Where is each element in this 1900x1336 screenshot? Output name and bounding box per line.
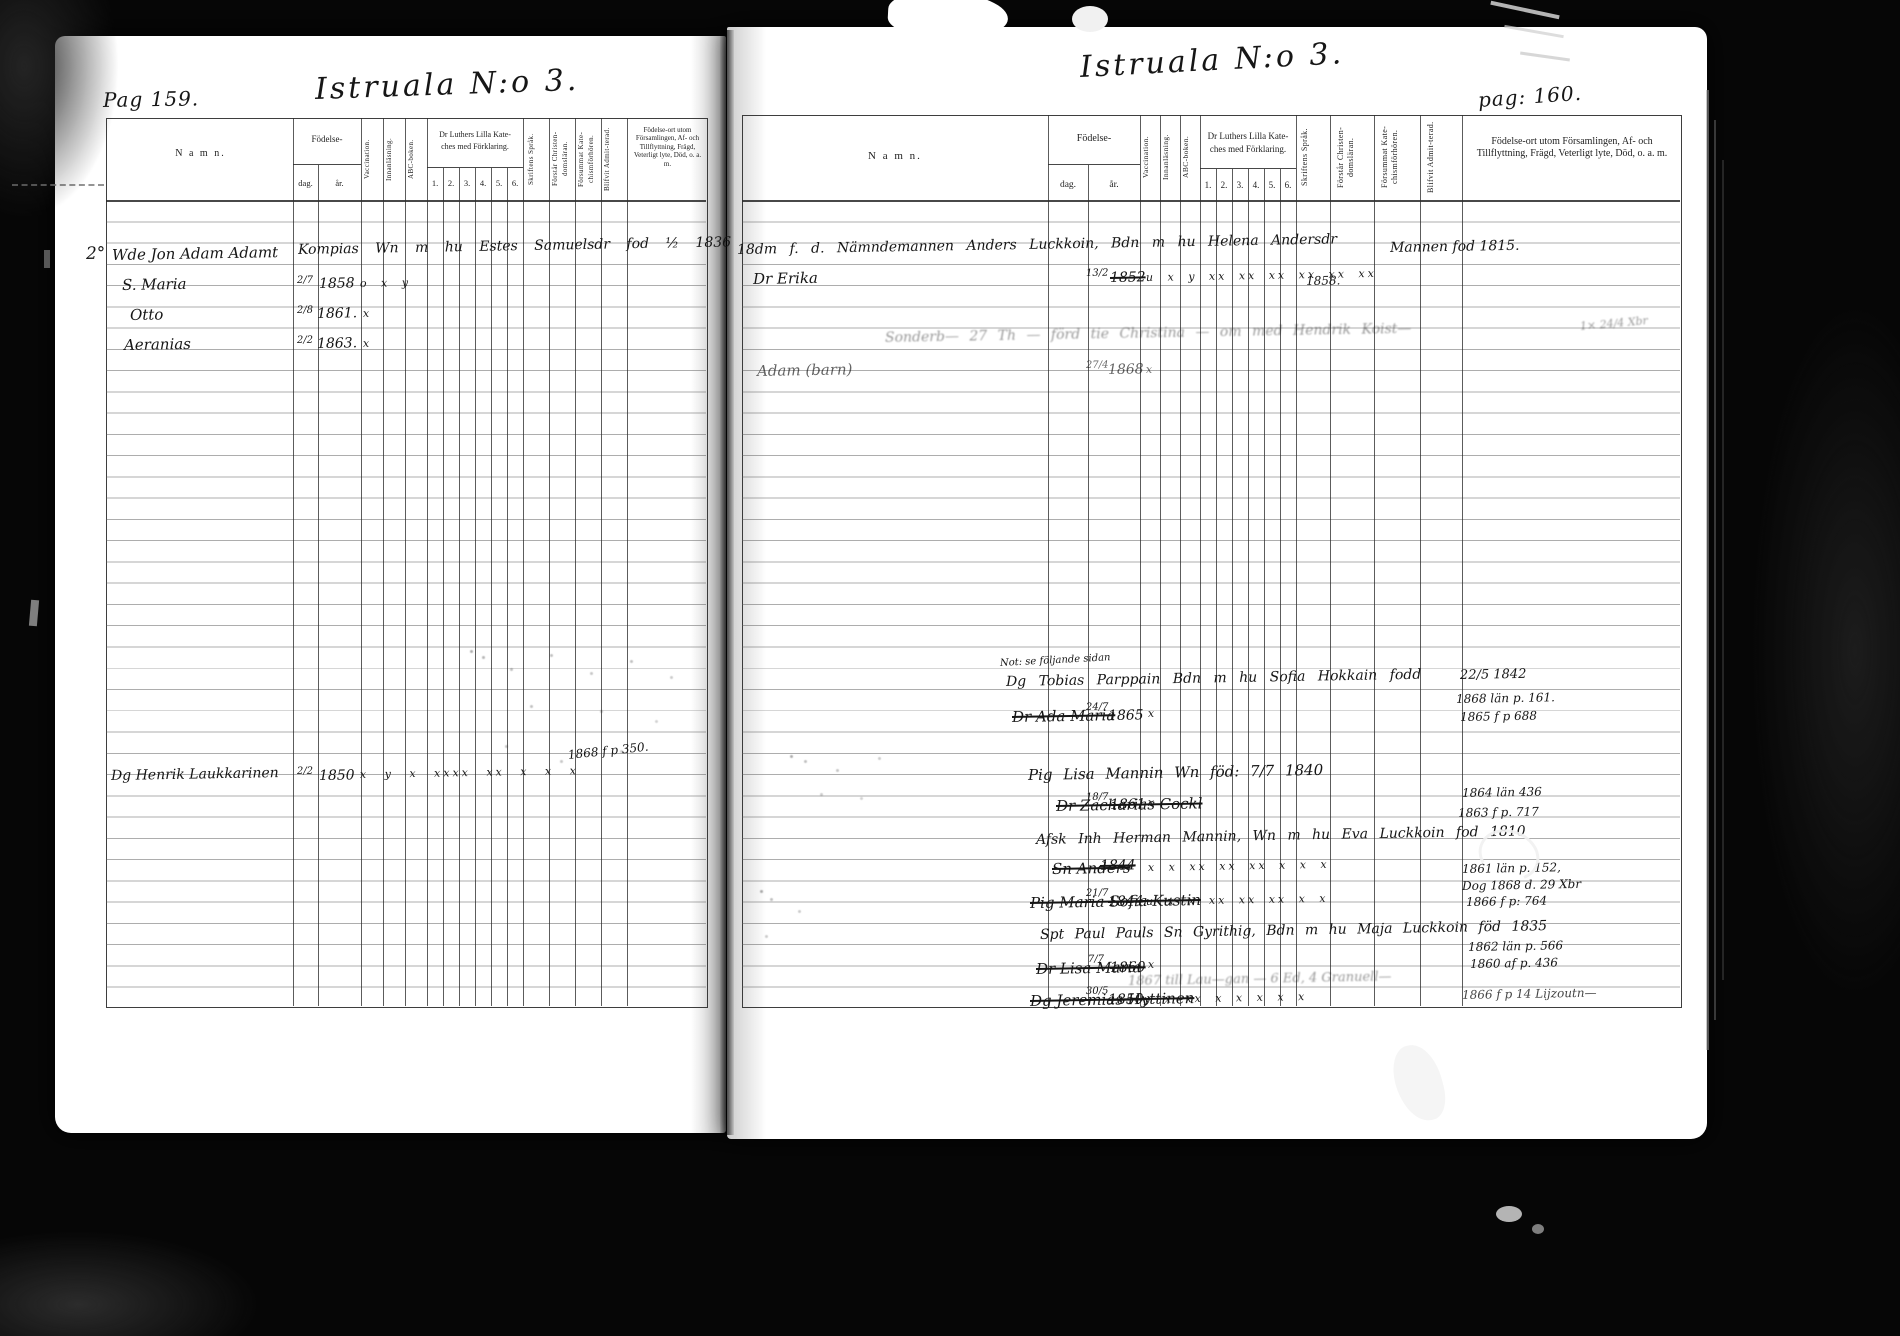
ink-smudge — [790, 755, 793, 758]
scan-artifact — [0, 0, 120, 220]
handwritten-entry: Adam (barn) — [757, 360, 853, 380]
handwritten-date: 30/5 — [1086, 986, 1109, 997]
column-header-namn: N a m n. — [118, 148, 283, 159]
column-header-namn: N a m n. — [790, 150, 1000, 162]
group-underline — [1048, 164, 1140, 165]
column-header-skriftens-sprak: Skriftens Språk. — [526, 121, 546, 197]
column-header-fodelseort: Födelse-ort utom Församlingen, Af- och T… — [1472, 136, 1672, 160]
column-header-fodelseort: Födelse-ort utom Församlingen, Af- och T… — [630, 126, 705, 168]
column-header-k6: 6. — [1280, 180, 1296, 190]
column-divider — [475, 168, 476, 1006]
column-header-k1: 1. — [1200, 180, 1216, 190]
scan-artifact — [0, 1230, 260, 1336]
handwritten-date: 18/7 — [1086, 792, 1109, 803]
handwritten-entry: Aeranias — [124, 335, 191, 354]
column-header-k4: 4. — [1248, 180, 1264, 190]
column-header-fodelse: Födelse- — [293, 134, 361, 144]
handwritten-date: 1852 — [1110, 269, 1146, 286]
margin-note: 1866 f p: 764 — [1466, 894, 1547, 909]
column-header-blifvit: Blifvit Admit-terad. — [602, 121, 626, 197]
column-header-abc-boken: ABC-boken. — [1181, 118, 1199, 196]
scan-artifact — [1496, 1206, 1522, 1222]
handwritten-marks: x — [1148, 707, 1157, 720]
column-header-k6: 6. — [507, 178, 523, 188]
handwritten-marks: x — [363, 337, 372, 350]
handwritten-marks: o x y — [360, 276, 411, 290]
column-header-katekes-2: ches med Förklaring. — [1200, 144, 1296, 154]
column-header-k5: 5. — [1264, 180, 1280, 190]
ink-smudge — [470, 650, 473, 653]
column-divider — [1374, 115, 1375, 1006]
margin-number: 2° — [86, 244, 106, 264]
column-divider — [1248, 169, 1249, 1006]
group-underline — [293, 164, 361, 165]
column-header-dag: dag. — [293, 178, 318, 188]
header-underline — [742, 200, 1680, 202]
handwritten-date: 2/7 — [297, 275, 313, 286]
handwritten-date: 13/2 — [1086, 268, 1109, 279]
handwritten-date: 1844 — [1108, 893, 1144, 910]
handwritten-date: 24/7 — [1086, 702, 1109, 713]
column-divider — [1232, 169, 1233, 1006]
page-edge-highlight — [1722, 160, 1724, 980]
column-header-vaccination: Vaccination. — [362, 121, 382, 197]
column-header-skriftens-sprak: Skriftens Språk. — [1300, 118, 1324, 196]
handwritten-date: 2/2 — [297, 766, 313, 777]
handwritten-date: 1850 — [1108, 991, 1144, 1008]
handwritten-entry: Dr Erika — [753, 269, 818, 288]
page-edge-highlight — [1714, 120, 1716, 1020]
column-divider — [491, 168, 492, 1006]
handwritten-date: 1858 — [319, 275, 355, 292]
ruled-rows — [106, 201, 706, 1007]
handwritten-date: 2/2 — [297, 335, 313, 346]
column-divider — [1296, 115, 1297, 1006]
scanned-register-spread: Pag 159. Istruala N:o 3. N a m n. Födels… — [0, 0, 1900, 1336]
column-header-innanlasning: Innanläsning. — [384, 121, 404, 197]
column-header-katekes-1: Dr Luthers Lilla Kate- — [428, 130, 522, 139]
column-header-dag: dag. — [1048, 180, 1088, 190]
column-header-k3: 3. — [459, 178, 475, 188]
book-spine — [720, 30, 734, 1135]
column-header-vaccination: Vaccination. — [1141, 118, 1159, 196]
handwritten-entry: Otto — [130, 305, 164, 324]
handwritten-marks: x — [363, 307, 372, 320]
column-divider — [507, 168, 508, 1006]
margin-note: 1866 f p 14 Lijzoutn— — [1462, 986, 1597, 1002]
handwritten-date: 1863. — [317, 335, 357, 352]
scan-artifact — [29, 600, 39, 627]
column-header-katekes-1: Dr Luthers Lilla Kate- — [1200, 131, 1296, 141]
ink-smudge — [760, 890, 763, 893]
margin-note: 1864 län 436 — [1462, 785, 1542, 800]
column-divider — [459, 168, 460, 1006]
column-header-forstar: Förstår Christen-domsläran. — [550, 121, 574, 197]
column-divider — [1280, 169, 1281, 1006]
column-header-k4: 4. — [475, 178, 491, 188]
column-header-blifvit: Blifvit Admit-terad. — [1426, 118, 1454, 196]
margin-note: 1863 f p. 717 — [1458, 805, 1539, 820]
column-header-k5: 5. — [491, 178, 507, 188]
handwritten-date: 7/7 — [1088, 954, 1104, 965]
handwritten-date: 1844 — [1100, 857, 1136, 874]
handwritten-date: 2/8 — [297, 305, 313, 316]
handwritten-date: 1865 — [1108, 707, 1144, 724]
column-divider — [1216, 169, 1217, 1006]
scan-artifact — [1072, 6, 1108, 32]
column-divider — [1088, 165, 1089, 1006]
column-header-ar: år. — [1088, 180, 1140, 190]
handwritten-entry: Wde Jon Adam Adamt — [112, 243, 278, 264]
scan-artifact — [44, 250, 50, 268]
handwritten-marks: x — [1148, 958, 1157, 971]
scan-artifact — [1532, 1224, 1544, 1234]
column-divider — [1330, 115, 1331, 1006]
handwritten-marks: x — [1148, 796, 1157, 809]
column-header-forsummat: Försummat Kate-chismförhören. — [576, 121, 600, 197]
column-header-forstar: Förstår Christen-domsläran. — [1336, 118, 1366, 196]
column-divider — [293, 118, 294, 1006]
column-header-fodelse: Födelse- — [1048, 133, 1140, 144]
column-divider — [443, 168, 444, 1006]
margin-note: 1860 af p. 436 — [1470, 955, 1558, 971]
handwritten-marks: x — [1146, 363, 1155, 376]
column-header-forsummat: Försummat Kate-chismförhören. — [1380, 118, 1412, 196]
column-header-k2: 2. — [443, 178, 459, 188]
handwritten-date: 1850 — [319, 767, 355, 784]
handwritten-date: 1861. — [317, 305, 357, 322]
margin-note: 1862 län p. 566 — [1468, 938, 1563, 954]
scan-artifact — [1490, 1, 1559, 19]
handwritten-date: 1861 — [1110, 796, 1146, 813]
column-header-abc-boken: ABC-boken. — [406, 121, 426, 197]
margin-note: 1865 f p 688 — [1460, 709, 1537, 724]
handwritten-entry: Dg Henrik Laukkarinen — [111, 765, 279, 784]
handwritten-date: 21/7 — [1086, 888, 1109, 899]
margin-note: 22/5 1842 — [1460, 667, 1527, 683]
column-divider — [1264, 169, 1265, 1006]
page-edge-highlight — [1706, 90, 1709, 1050]
column-header-innanlasning: Innanläsning. — [1161, 118, 1179, 196]
handwritten-date: 27/4 — [1086, 360, 1109, 371]
column-header-katekes-2: ches med Förklaring. — [428, 142, 522, 151]
header-underline — [106, 200, 706, 202]
handwritten-date: 1868 — [1108, 361, 1144, 378]
column-header-k1: 1. — [427, 178, 443, 188]
column-header-ar: år. — [318, 178, 361, 188]
scan-artifact — [1750, 300, 1900, 1000]
column-header-k3: 3. — [1232, 180, 1248, 190]
handwritten-entry: Mannen fod 1815. — [1390, 238, 1520, 256]
handwritten-entry: S. Maria — [122, 275, 187, 294]
margin-note: 1868 län p. 161. — [1456, 690, 1555, 706]
column-header-k2: 2. — [1216, 180, 1232, 190]
handwritten-date: 1858. — [1306, 273, 1341, 288]
